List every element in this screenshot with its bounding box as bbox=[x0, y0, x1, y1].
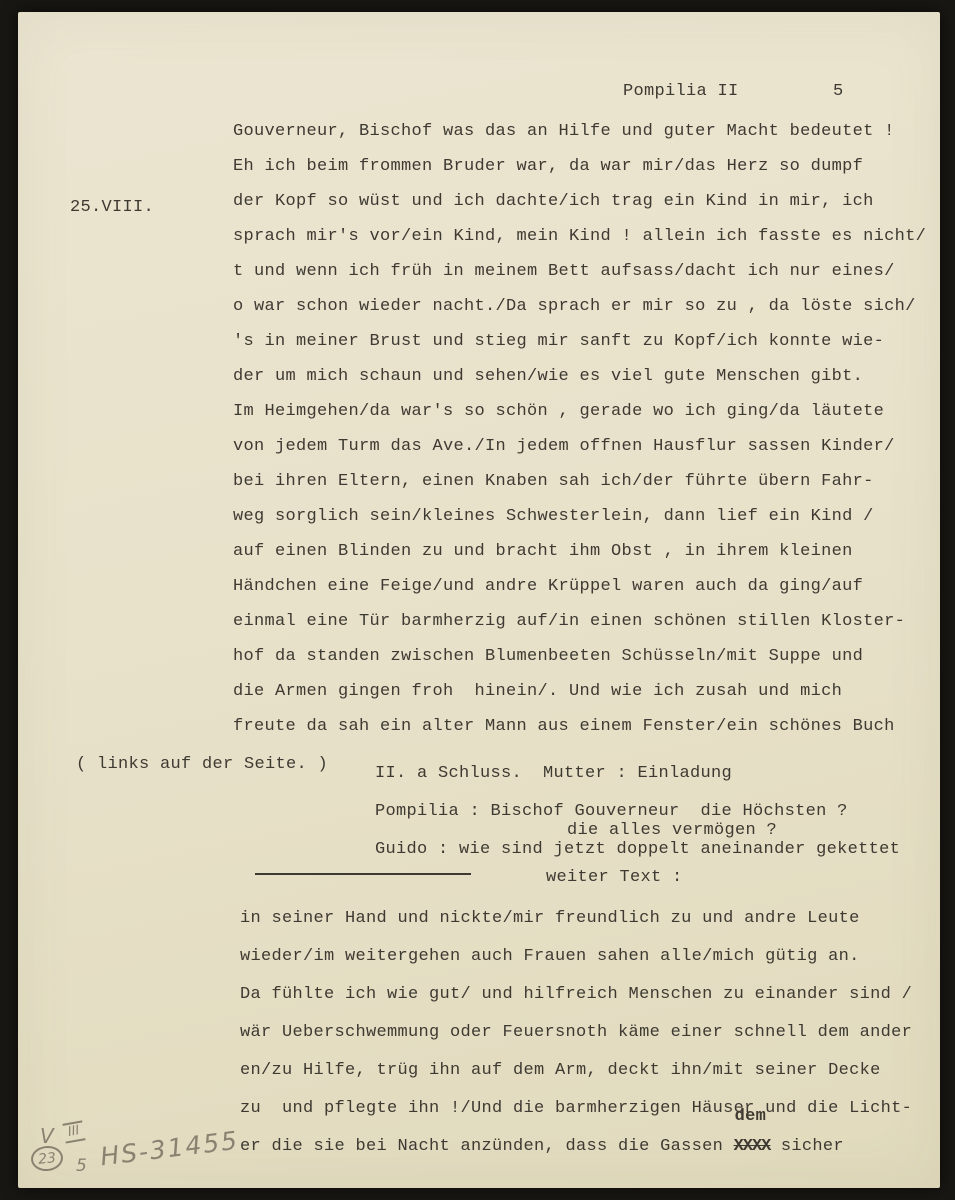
margin-date: 25.VIII. bbox=[70, 198, 154, 217]
circled-number-wrap: 23 bbox=[31, 1146, 63, 1171]
text-line: hof da standen zwischen Blumenbeeten Sch… bbox=[233, 639, 926, 674]
photo-stage: Pompilia II 5 25.VIII. Gouverneur, Bisch… bbox=[0, 0, 955, 1200]
text-line: auf einen Blinden zu und bracht ihm Obst… bbox=[233, 534, 926, 569]
text-line: Eh ich beim frommen Bruder war, da war m… bbox=[233, 149, 926, 184]
insert-line-1: II. a Schluss. Mutter : Einladung bbox=[375, 764, 732, 783]
page-title: Pompilia II bbox=[623, 82, 739, 101]
text-line: von jedem Turm das Ave./In jedem offnen … bbox=[233, 429, 926, 464]
page-number: 5 bbox=[833, 82, 844, 101]
circled-number: 23 bbox=[30, 1144, 64, 1172]
text-line: der um mich schaun und sehen/wie es viel… bbox=[233, 359, 926, 394]
text-line: zu und pflegte ihn !/Und die barmherzige… bbox=[240, 1090, 912, 1128]
struck-word: XXXX bbox=[734, 1137, 771, 1156]
text-line: 's in meiner Brust und stieg mir sanft z… bbox=[233, 324, 926, 359]
mark-v: V bbox=[40, 1124, 54, 1148]
text-line: der Kopf so wüst und ich dachte/ich trag… bbox=[233, 184, 926, 219]
text-line: o war schon wieder nacht./Da sprach er m… bbox=[233, 289, 926, 324]
aside-note: ( links auf der Seite. ) bbox=[76, 755, 328, 774]
insert-line-4: Guido : wie sind jetzt doppelt aneinande… bbox=[375, 840, 900, 859]
correction-stack: demXXXX bbox=[734, 1128, 771, 1166]
text-line: Im Heimgehen/da war's so schön , gerade … bbox=[233, 394, 926, 429]
inserted-word: dem bbox=[735, 1108, 767, 1125]
mark-iii: III bbox=[62, 1120, 85, 1143]
insert-line-3: die alles vermögen ? bbox=[567, 821, 777, 840]
text-line: wieder/im weitergehen auch Frauen sahen … bbox=[240, 938, 912, 976]
text-line: einmal eine Tür barmherzig auf/in einen … bbox=[233, 604, 926, 639]
text-line: wär Ueberschwemmung oder Feuersnoth käme… bbox=[240, 1014, 912, 1052]
text-line: in seiner Hand und nickte/mir freundlich… bbox=[240, 900, 912, 938]
archive-number: HS-31455 bbox=[99, 1126, 241, 1172]
text-line: Gouverneur, Bischof was das an Hilfe und… bbox=[233, 114, 926, 149]
text-line: weg sorglich sein/kleines Schwesterlein,… bbox=[233, 499, 926, 534]
text-line: freute da sah ein alter Mann aus einem F… bbox=[233, 709, 926, 744]
text-line: Da fühlte ich wie gut/ und hilfreich Men… bbox=[240, 976, 912, 1014]
body-block-1: Gouverneur, Bischof was das an Hilfe und… bbox=[233, 114, 926, 744]
text-line: en/zu Hilfe, trüg ihn auf dem Arm, deckt… bbox=[240, 1052, 912, 1090]
last-line-after: sicher bbox=[770, 1137, 844, 1156]
text-line: sprach mir's vor/ein Kind, mein Kind ! a… bbox=[233, 219, 926, 254]
manuscript-paper: Pompilia II 5 25.VIII. Gouverneur, Bisch… bbox=[18, 12, 940, 1188]
separator-rule bbox=[255, 873, 471, 875]
text-line: Händchen eine Feige/und andre Krüppel wa… bbox=[233, 569, 926, 604]
text-line-corrected: er die sie bei Nacht anzünden, dass die … bbox=[240, 1128, 912, 1166]
text-line: die Armen gingen froh hinein/. Und wie i… bbox=[233, 674, 926, 709]
body-block-2: in seiner Hand und nickte/mir freundlich… bbox=[240, 900, 912, 1166]
text-line: t und wenn ich früh in meinem Bett aufsa… bbox=[233, 254, 926, 289]
text-line: bei ihren Eltern, einen Knaben sah ich/d… bbox=[233, 464, 926, 499]
last-line-before: er die sie bei Nacht anzünden, dass die … bbox=[240, 1137, 734, 1156]
mark-iii-wrap: III bbox=[64, 1120, 84, 1142]
continuation-label: weiter Text : bbox=[546, 868, 683, 887]
mark-five: 5 bbox=[76, 1156, 87, 1176]
insert-line-2: Pompilia : Bischof Gouverneur die Höchst… bbox=[375, 802, 848, 821]
